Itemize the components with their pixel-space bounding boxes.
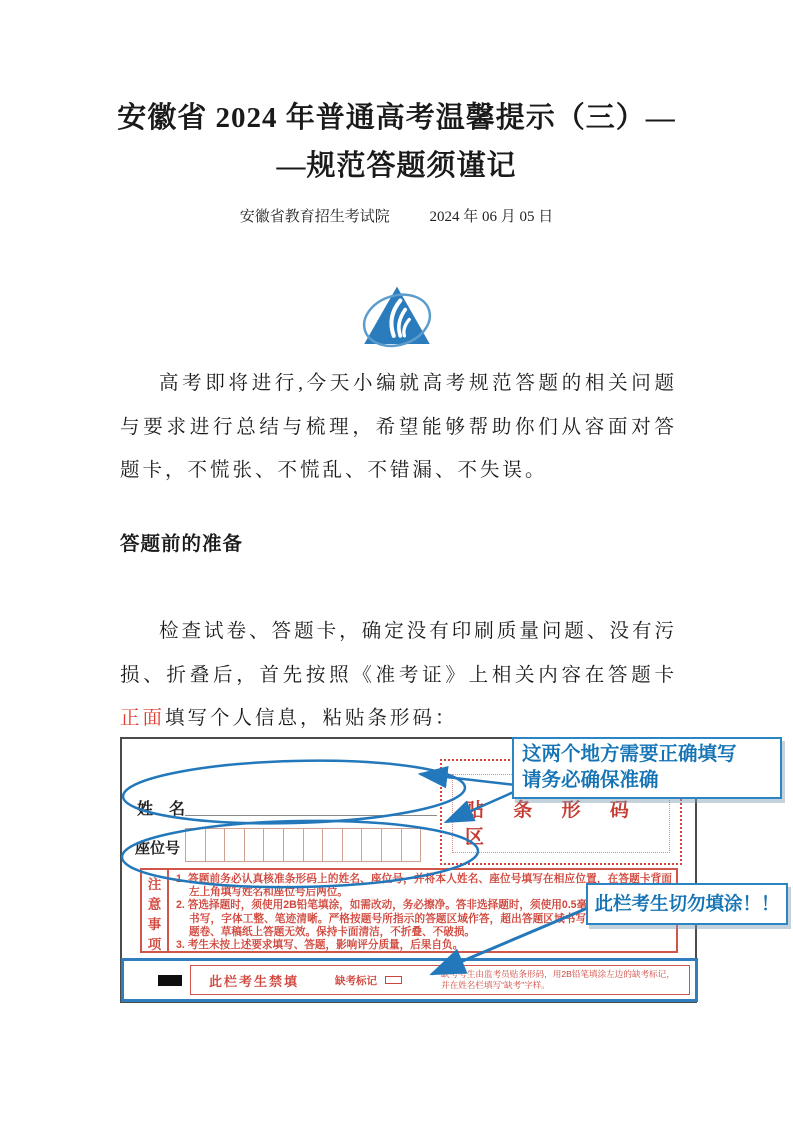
callout-fill-line1: 这两个地方需要正确填写 xyxy=(522,741,774,767)
seat-number-label: 座位号 xyxy=(135,837,180,858)
byline-date: 2024 年 06 月 05 日 xyxy=(430,209,554,225)
prep-text-before: 检查试卷、答题卡，确定没有印刷质量问题、没有污损、折叠后，首先按照《准考证》上相… xyxy=(120,621,677,686)
notice-char: 事 xyxy=(148,913,162,933)
logo-svg xyxy=(356,276,438,358)
name-field-label: 姓 名 xyxy=(137,796,185,819)
seat-digit-box xyxy=(322,828,343,862)
notice-item-3: 3. 考生未按上述要求填写、答题，影响评分质量，后果自负。 xyxy=(176,939,672,951)
seat-digit-box xyxy=(303,828,324,862)
seat-digit-box xyxy=(283,828,304,862)
notice-title-vertical: 注 意 事 项 xyxy=(142,870,169,951)
absent-note-line2: 并在姓名栏填写“缺考”字样。 xyxy=(441,980,550,990)
prep-paragraph: 检查试卷、答题卡，确定没有印刷质量问题、没有污损、折叠后，首先按照《准考证》上相… xyxy=(120,610,677,741)
forbid-fill-label: 此栏考生禁填 xyxy=(209,971,299,990)
seat-digit-box xyxy=(342,828,363,862)
page-title: 安徽省 2024 年普通高考温馨提示（三）— —规范答题须谨记 xyxy=(55,94,738,190)
intro-paragraph: 高考即将进行,今天小编就高考规范答题的相关问题与要求进行总结与梳理，希望能够帮助… xyxy=(120,362,677,493)
document-page: 安徽省 2024 年普通高考温馨提示（三）— —规范答题须谨记 安徽省教育招生考… xyxy=(0,0,793,1122)
seat-digit-box xyxy=(244,828,265,862)
notice-char: 注 xyxy=(148,873,162,893)
seat-digit-box xyxy=(263,828,284,862)
absent-note: 缺考考生由监考员贴条形码，用2B铅笔填涂左边的缺考标记， 并在姓名栏填写“缺考”… xyxy=(441,969,683,991)
name-write-line xyxy=(185,815,437,816)
prep-highlight-front: 正面 xyxy=(120,708,165,729)
timing-mark-black-bar xyxy=(158,975,182,986)
barcode-area-label: 贴 条 形 码 区 xyxy=(453,795,669,849)
seat-digit-box xyxy=(401,828,422,862)
section-heading: 答题前的准备 xyxy=(120,528,243,556)
callout-fill-correctly: 这两个地方需要正确填写 请务必确保准确 xyxy=(512,737,782,799)
callout-do-not-fill: 此栏考生切勿填涂！！ xyxy=(586,883,788,925)
seat-digit-box xyxy=(205,828,226,862)
byline: 安徽省教育招生考试院 2024 年 06 月 05 日 xyxy=(0,205,793,226)
absent-strip-box: 此栏考生禁填 缺考标记 缺考考生由监考员贴条形码，用2B铅笔填涂左边的缺考标记，… xyxy=(190,965,690,995)
absent-mark-checkbox xyxy=(385,976,402,984)
answer-sheet-figure: 姓 名 座位号 贴 条 形 码 区 注 意 事 项 1. 答题前务必认真核准条形… xyxy=(120,737,793,1009)
triangle-flame-logo-icon xyxy=(356,276,438,358)
seat-number-boxes xyxy=(185,828,421,862)
absent-mark-label: 缺考标记 xyxy=(335,973,377,988)
callout-fill-line2: 请务必确保准确 xyxy=(522,767,774,793)
byline-organization: 安徽省教育招生考试院 xyxy=(240,209,390,225)
seat-digit-box xyxy=(361,828,382,862)
page-title-line2: —规范答题须谨记 xyxy=(55,142,738,190)
absent-note-line1: 缺考考生由监考员贴条形码，用2B铅笔填涂左边的缺考标记， xyxy=(441,969,675,979)
notice-char: 项 xyxy=(148,933,162,953)
seat-digit-box xyxy=(185,828,206,862)
seat-digit-box xyxy=(224,828,245,862)
prep-text-after: 填写个人信息，粘贴条形码： xyxy=(165,708,458,729)
seat-digit-box xyxy=(381,828,402,862)
page-title-line1: 安徽省 2024 年普通高考温馨提示（三）— xyxy=(55,94,738,142)
absent-strip-highlight: 此栏考生禁填 缺考标记 缺考考生由监考员贴条形码，用2B铅笔填涂左边的缺考标记，… xyxy=(121,958,698,1002)
notice-char: 意 xyxy=(148,893,162,913)
